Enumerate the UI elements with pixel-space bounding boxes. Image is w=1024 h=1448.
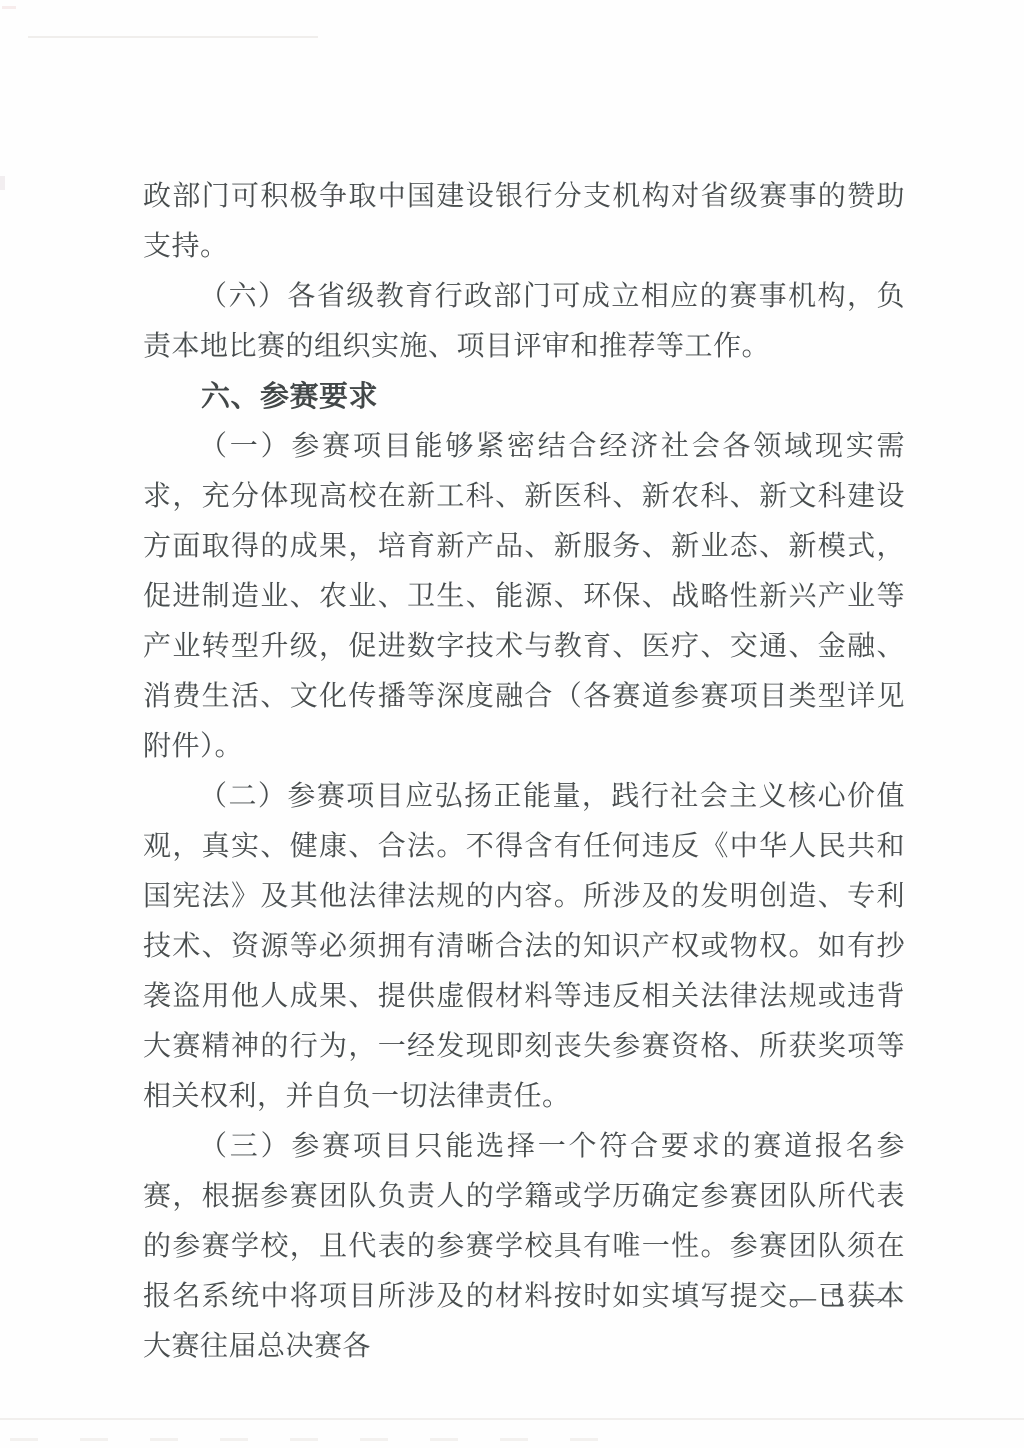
document-body: 政部门可积极争取中国建设银行分支机构对省级赛事的赞助支持。 （六）各省级教育行政… (143, 172, 905, 1372)
paragraph-continuation: 政部门可积极争取中国建设银行分支机构对省级赛事的赞助支持。 (143, 172, 905, 272)
scan-artifact-left-edge (0, 176, 5, 190)
scan-artifact-bottom-dots (10, 1438, 610, 1441)
scan-artifact-top-line (28, 36, 318, 38)
scan-artifact-corner (2, 6, 16, 9)
page-number: — 5 — (790, 1283, 888, 1313)
paragraph-requirement-1: （一）参赛项目能够紧密结合经济社会各领域现实需求，充分体现高校在新工科、新医科、… (143, 422, 905, 772)
paragraph-requirement-3: （三）参赛项目只能选择一个符合要求的赛道报名参赛，根据参赛团队负责人的学籍或学历… (143, 1122, 905, 1372)
section-heading-entry-requirements: 六、参赛要求 (143, 372, 905, 422)
paragraph-requirement-2: （二）参赛项目应弘扬正能量，践行社会主义核心价值观，真实、健康、合法。不得含有任… (143, 772, 905, 1122)
paragraph-item-6: （六）各省级教育行政部门可成立相应的赛事机构，负责本地比赛的组织实施、项目评审和… (143, 272, 905, 372)
scan-artifact-bottom-line (0, 1418, 1024, 1420)
document-page: 政部门可积极争取中国建设银行分支机构对省级赛事的赞助支持。 （六）各省级教育行政… (0, 0, 1024, 1448)
